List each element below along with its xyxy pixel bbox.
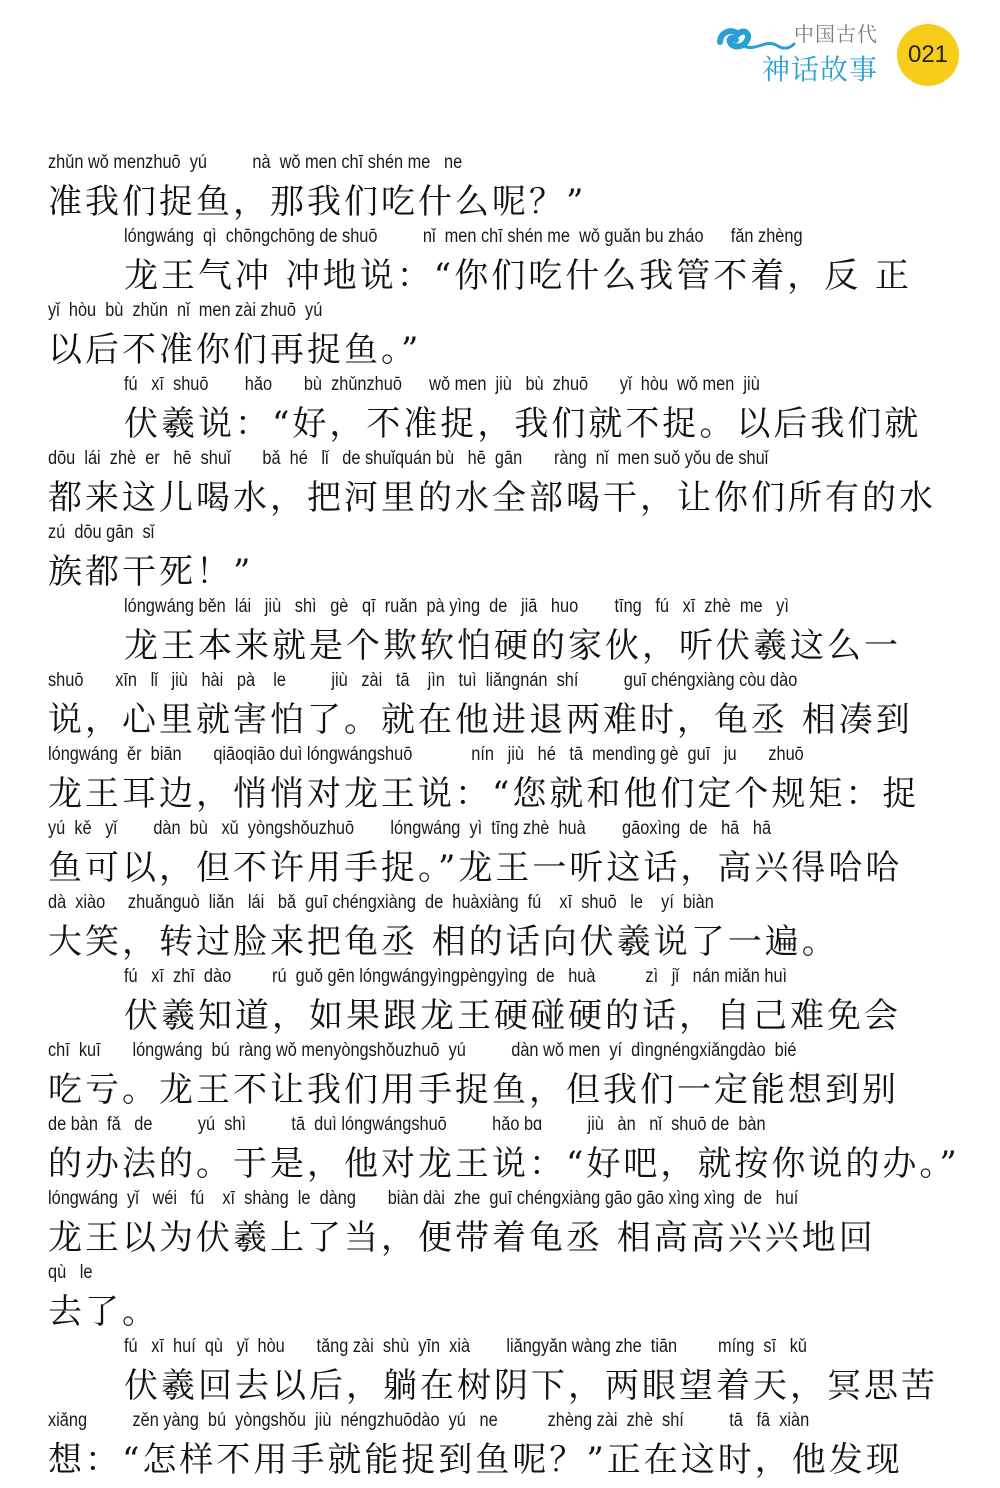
page-number-badge: 021 bbox=[897, 24, 959, 86]
page-header: 中国古代 神话故事 021 bbox=[712, 10, 972, 100]
pinyin-row: lóngwáng yǐ wéi fú xī shàng le dàng biàn… bbox=[48, 1188, 798, 1210]
pinyin-row: yú kě yǐ dàn bù xǔ yòngshǒuzhuō lóngwáng… bbox=[48, 818, 771, 840]
text-line: qù le 去了。 bbox=[48, 1260, 960, 1334]
text-line: zhǔn wǒ menzhuō yú nà wǒ men chī shén me… bbox=[48, 150, 960, 224]
hanzi-row: 龙王耳边，悄悄对龙王说：“您就和他们定个规矩：捉 bbox=[48, 766, 919, 815]
text-line: fú xī zhī dào rú guǒ gēn lóngwángyìngpèn… bbox=[48, 964, 960, 1038]
series-subtitle: 中国古代 bbox=[794, 18, 878, 47]
hanzi-row: 都来这儿喝水，把河里的水全部喝干，让你们所有的水 bbox=[48, 470, 936, 519]
pinyin-row: qù le bbox=[48, 1262, 93, 1284]
hanzi-row: 去了。 bbox=[48, 1284, 159, 1333]
text-line: lóngwáng qì chōngchōng de shuō nǐ men ch… bbox=[48, 224, 960, 298]
hanzi-row: 以后不准你们再捉鱼。” bbox=[48, 322, 421, 371]
pinyin-row: dà xiào zhuǎnguò liǎn lái bǎ guī chéngxi… bbox=[48, 892, 714, 914]
text-line: lóngwáng běn lái jiù shì gè qī ruǎn pà y… bbox=[48, 594, 960, 668]
pinyin-row: zhǔn wǒ menzhuō yú nà wǒ men chī shén me… bbox=[48, 152, 462, 174]
pinyin-row: chī kuī lóngwáng bú ràng wǒ menyòngshǒuz… bbox=[48, 1040, 796, 1062]
pinyin-row: zú dōu gān sǐ bbox=[48, 522, 154, 544]
hanzi-row: 吃亏。龙王不让我们用手捉鱼，但我们一定能想到别 bbox=[48, 1062, 899, 1111]
text-line: dà xiào zhuǎnguò liǎn lái bǎ guī chéngxi… bbox=[48, 890, 960, 964]
pinyin-row: shuō xīn lǐ jiù hài pà le jiù zài tā jìn… bbox=[48, 670, 797, 692]
text-line: yǐ hòu bù zhǔn nǐ men zài zhuō yú 以后不准你们… bbox=[48, 298, 960, 372]
series-title: 神话故事 bbox=[762, 48, 878, 88]
hanzi-row: 鱼可以，但不许用手捉。”龙王一听这话，高兴得哈哈 bbox=[48, 840, 902, 889]
pinyin-row: lóngwáng běn lái jiù shì gè qī ruǎn pà y… bbox=[124, 596, 789, 618]
text-line: zú dōu gān sǐ 族都干死！” bbox=[48, 520, 960, 594]
pinyin-row: lóngwáng qì chōngchōng de shuō nǐ men ch… bbox=[124, 226, 803, 248]
text-line: yú kě yǐ dàn bù xǔ yòngshǒuzhuō lóngwáng… bbox=[48, 816, 960, 890]
hanzi-row: 准我们捉鱼，那我们吃什么呢？” bbox=[48, 174, 586, 223]
hanzi-row: 伏羲说：“好，不准捉，我们就不捉。以后我们就 bbox=[124, 396, 921, 445]
hanzi-row: 伏羲知道，如果跟龙王硬碰硬的话，自己难免会 bbox=[124, 988, 901, 1037]
text-line: fú xī shuō hǎo bù zhǔnzhuō wǒ men jiù bù… bbox=[48, 372, 960, 446]
pinyin-row: fú xī huí qù yǐ hòu tǎng zài shù yīn xià… bbox=[124, 1336, 807, 1358]
text-line: lóngwáng ěr biān qiāoqiāo duì lóngwángsh… bbox=[48, 742, 960, 816]
pinyin-row: xiǎng zěn yàng bú yòngshǒu jiù néngzhuōd… bbox=[48, 1410, 809, 1432]
hanzi-row: 大笑，转过脸来把龟丞 相的话向伏羲说了一遍。 bbox=[48, 914, 839, 963]
hanzi-row: 龙王以为伏羲上了当，便带着龟丞 相高高兴兴地回 bbox=[48, 1210, 876, 1259]
hanzi-row: 龙王本来就是个欺软怕硬的家伙，听伏羲这么一 bbox=[124, 618, 901, 667]
text-line: dōu lái zhè er hē shuǐ bǎ hé lǐ de shuǐq… bbox=[48, 446, 960, 520]
pinyin-row: dōu lái zhè er hē shuǐ bǎ hé lǐ de shuǐq… bbox=[48, 448, 768, 470]
pinyin-row: yǐ hòu bù zhǔn nǐ men zài zhuō yú bbox=[48, 300, 322, 322]
hanzi-row: 龙王气冲 冲地说：“你们吃什么我管不着，反 正 bbox=[124, 248, 912, 297]
text-line: xiǎng zěn yàng bú yòngshǒu jiù néngzhuōd… bbox=[48, 1408, 960, 1482]
pinyin-row: fú xī zhī dào rú guǒ gēn lóngwángyìngpèn… bbox=[124, 966, 787, 988]
text-line: shuō xīn lǐ jiù hài pà le jiù zài tā jìn… bbox=[48, 668, 960, 742]
story-text: zhǔn wǒ menzhuō yú nà wǒ men chī shén me… bbox=[48, 150, 960, 1482]
hanzi-row: 伏羲回去以后，躺在树阴下，两眼望着天，冥思苦 bbox=[124, 1358, 938, 1407]
hanzi-row: 的办法的。于是，他对龙王说：“好吧，就按你说的办。” bbox=[48, 1136, 960, 1185]
text-line: fú xī huí qù yǐ hòu tǎng zài shù yīn xià… bbox=[48, 1334, 960, 1408]
pinyin-row: fú xī shuō hǎo bù zhǔnzhuō wǒ men jiù bù… bbox=[124, 374, 760, 396]
hanzi-row: 想：“怎样不用手就能捉到鱼呢？”正在这时，他发现 bbox=[48, 1432, 903, 1481]
pinyin-row: lóngwáng ěr biān qiāoqiāo duì lóngwángsh… bbox=[48, 744, 804, 766]
text-line: chī kuī lóngwáng bú ràng wǒ menyòngshǒuz… bbox=[48, 1038, 960, 1112]
text-line: lóngwáng yǐ wéi fú xī shàng le dàng biàn… bbox=[48, 1186, 960, 1260]
hanzi-row: 说，心里就害怕了。就在他进退两难时，龟丞 相凑到 bbox=[48, 692, 913, 741]
pinyin-row: de bàn fǎ de yú shì tā duì lóngwángshuō … bbox=[48, 1114, 766, 1136]
text-line: de bàn fǎ de yú shì tā duì lóngwángshuō … bbox=[48, 1112, 960, 1186]
hanzi-row: 族都干死！” bbox=[48, 544, 253, 593]
